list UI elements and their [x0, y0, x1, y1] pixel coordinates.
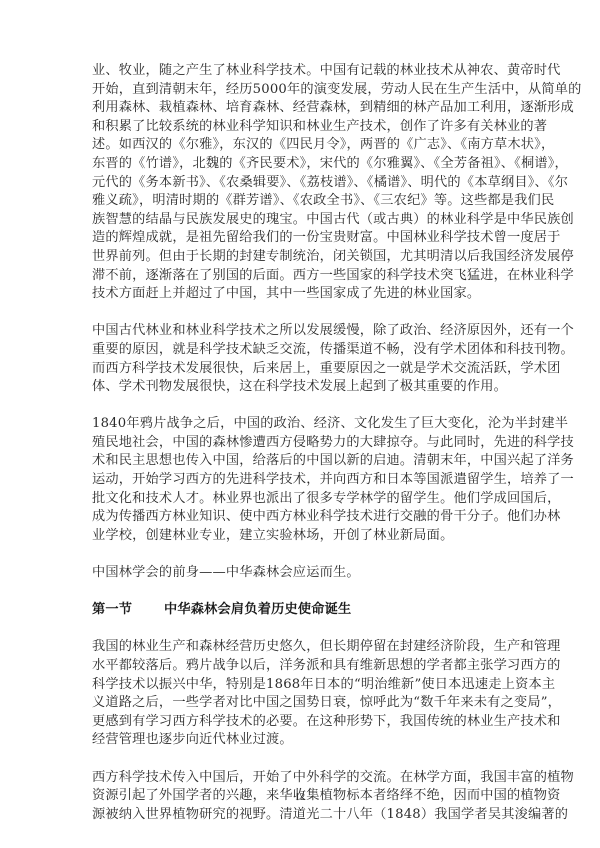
paragraph-forestry-management: 我国的林业生产和森林经营历史悠久，但长期停留在封建经济阶段，生产和管理 水平都较…: [92, 638, 512, 750]
section-title: 中华森林会肩负着历史使命诞生: [164, 602, 351, 617]
text-line: 滞不前，逐渐落在了别国的后面。西方一些国家的科学技术突飞猛进，在林业科学: [92, 267, 512, 286]
text-line: 义道路之后，一些学者对比中国之国势日衰，惊呼此为“数千年来未有之变局”，: [92, 694, 512, 713]
paragraph-opium-war: 1840年鸦片战争之后，中国的政治、经济、文化发生了巨大变化，沦为半封建半 殖民…: [92, 415, 512, 545]
text-line: 科学技术以振兴中华，特别是1868年日本的“明治维新”使日本迅速走上资本主: [92, 676, 512, 695]
text-line: 中国古代林业和林业科学技术之所以发展缓慢，除了政治、经济原因外，还有一个: [92, 322, 512, 341]
text-line: 成为传播西方林业知识、使中西方林业科学技术进行交融的骨干分子。他们办林: [92, 508, 512, 527]
text-line: 和积累了比较系统的林业科学知识和林业生产技术，创作了许多有关林业的著: [92, 118, 512, 137]
text-line: 世界前列。但由于长期的封建专制统治，闭关锁国，尤其明清以后我国经济发展停: [92, 248, 512, 267]
text-line: 中国林学会的前身——中华森林会应运而生。: [92, 564, 512, 583]
text-line: 运动，开始学习西方的先进科学技术，并向西方和日本等国派遣留学生，培养了一: [92, 471, 512, 490]
text-line: 批文化和技术人才。林业界也派出了很多专学林学的留学生。他们学成回国后，: [92, 490, 512, 509]
text-line: 而西方科学技术发展很快，后来居上，重要原因之一就是学术交流活跃，学术团: [92, 360, 512, 379]
text-line: 术和民主思想也传入中国，给落后的中国以新的启迪。清朝末年，中国兴起了洋务: [92, 452, 512, 471]
text-line: 述。如西汉的《尔雅》，东汉的《四民月令》，两晋的《广志》、《南方草木状》，: [92, 136, 512, 155]
text-line: 1840年鸦片战争之后，中国的政治、经济、文化发生了巨大变化，沦为半封建半: [92, 415, 512, 434]
section-number: 第一节: [92, 601, 164, 620]
text-line: 技术方面赶上并超过了中国，其中一些国家成了先进的林业国家。: [92, 285, 512, 304]
text-line: 利用森林、栽植森林、培育森林、经营森林，到精细的林产品加工利用，逐渐形成: [92, 99, 512, 118]
text-line: 开始，直到清朝末年，经历5000年的演变发展，劳动人民在生产生活中，从简单的: [92, 81, 512, 100]
paragraph-slow-development: 中国古代林业和林业科学技术之所以发展缓慢，除了政治、经济原因外，还有一个 重要的…: [92, 322, 512, 396]
text-line: 体、学术刊物发展很快，这在科学技术发展上起到了极其重要的作用。: [92, 378, 512, 397]
paragraph-society-origin: 中国林学会的前身——中华森林会应运而生。: [92, 564, 512, 583]
text-line: 造的辉煌成就，是祖先留给我们的一份宝贵财富。中国林业科学技术曾一度居于: [92, 229, 512, 248]
text-line: 西方科学技术传入中国后，开始了中外科学的交流。在林学方面，我国丰富的植物: [92, 769, 512, 788]
text-line: 更感到有学习西方科学技术的必要。在这种形势下，我国传统的林业生产技术和: [92, 713, 512, 732]
text-line: 东晋的《竹谱》，北魏的《齐民要术》，宋代的《尔雅翼》、《全芳备祖》、《桐谱》，: [92, 155, 512, 174]
page-number: 12: [0, 792, 600, 803]
text-line: 元代的《务本新书》、《农桑辑要》、《荔枝谱》、《橘谱》、明代的《本草纲目》、《尔: [92, 174, 512, 193]
text-line: 水平都较落后。鸦片战争以后，洋务派和具有维新思想的学者都主张学习西方的: [92, 657, 512, 676]
text-line: 经营管理也逐步向近代林业过渡。: [92, 731, 512, 750]
text-line: 业、牧业，随之产生了林业科学技术。中国有记载的林业技术从神农、黄帝时代: [92, 62, 512, 81]
text-line: 源被纳入世界植物研究的视野。清道光二十八年（1848）我国学者吴其浚编著的: [92, 806, 512, 825]
text-line: 我国的林业生产和森林经营历史悠久，但长期停留在封建经济阶段，生产和管理: [92, 638, 512, 657]
section-heading: 第一节中华森林会肩负着历史使命诞生: [92, 601, 512, 620]
paragraph-forestry-history: 业、牧业，随之产生了林业科学技术。中国有记载的林业技术从神农、黄帝时代 开始，直…: [92, 62, 512, 304]
text-line: 殖民地社会，中国的森林惨遭西方侵略势力的大肆掠夺。与此同时，先进的科学技: [92, 434, 512, 453]
text-line: 业学校，创建林业专业，建立实验林场，开创了林业新局面。: [92, 527, 512, 546]
document-page: 业、牧业，随之产生了林业科学技术。中国有记载的林业技术从神农、黄帝时代 开始，直…: [92, 62, 512, 843]
text-line: 雅义疏》，明清时期的《群芳谱》、《农政全书》、《三农纪》等。这些都是我们民: [92, 192, 512, 211]
text-line: 族智慧的结晶与民族发展史的瑰宝。中国古代（或古典）的林业科学是中华民族创: [92, 211, 512, 230]
text-line: 重要的原因，就是科学技术缺乏交流，传播渠道不畅，没有学术团体和科技刊物。: [92, 341, 512, 360]
